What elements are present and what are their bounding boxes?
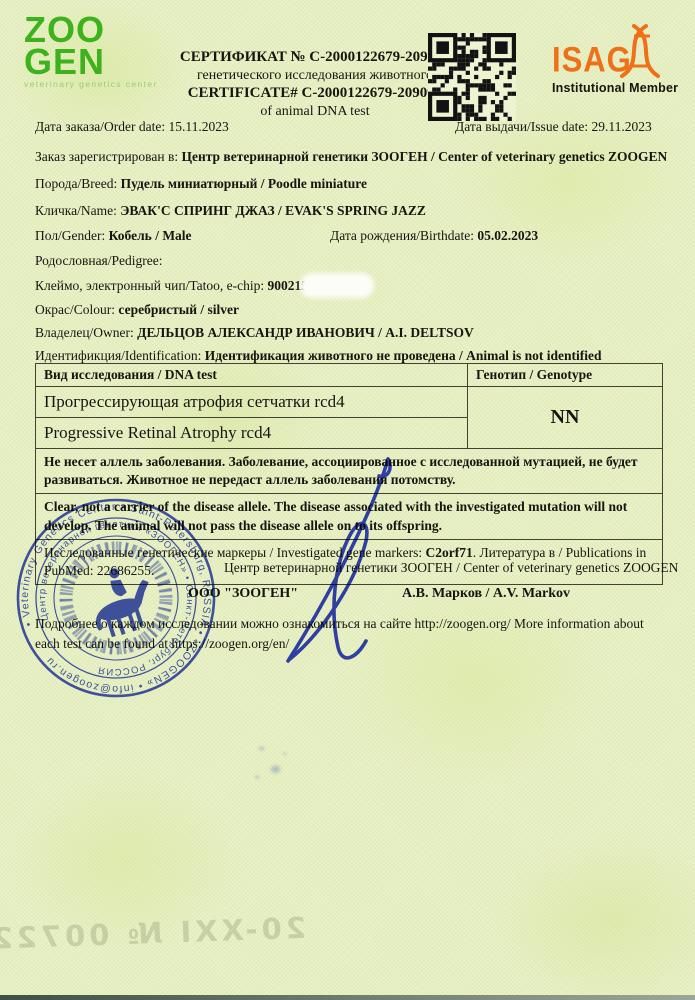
birthdate-label: Дата рождения/Birthdate: <box>330 228 474 243</box>
company-stamp: • Veterinary Genetics Center • Saint-Pet… <box>10 492 222 704</box>
dna-helix-icon <box>614 22 684 85</box>
field-gender: Пол/Gender: Кобель / Male <box>35 228 192 244</box>
zoogen-logo-line2: GEN <box>24 46 158 78</box>
registered-label: Заказ зарегистрирован в: <box>35 149 178 164</box>
owner-value: ДЕЛЬЦОВ АЛЕКСАНДР ИВАНОВИЧ / A.I. DELTSO… <box>137 325 474 340</box>
field-name: Кличка/Name: ЭВАК'С СПРИНГ ДЖАЗ / EVAK'S… <box>35 203 426 219</box>
name-value: ЭВАК'С СПРИНГ ДЖАЗ / EVAK'S SPRING JAZZ <box>120 203 426 218</box>
test-name-ru: Прогрессирующая атрофия сетчатки rcd4 <box>36 387 468 418</box>
order-date-value: 15.11.2023 <box>169 119 229 134</box>
table-header-test: Вид исследования / DNA test <box>36 364 468 387</box>
identification-value: Идентификация животного не проведена / A… <box>205 348 602 363</box>
gender-label: Пол/Gender: <box>35 228 105 243</box>
field-birthdate: Дата рождения/Birthdate: 05.02.2023 <box>330 228 538 244</box>
signature <box>250 445 450 675</box>
certificate-number-en: CERTIFICATE# C-2000122679-209093 <box>160 84 470 103</box>
issue-date-label: Дата выдачи/Issue date: <box>455 119 588 134</box>
field-breed: Порода/Breed: Пудель миниатюрный / Poodl… <box>35 176 367 192</box>
certificate-subtitle-ru: генетического исследования животного <box>160 67 470 85</box>
breed-value: Пудель миниатюрный / Poodle miniature <box>121 176 367 191</box>
certificate-number-ru: СЕРТИФИКАТ № С-2000122679-209093 <box>160 48 470 67</box>
registered-value: Центр ветеринарной генетики ЗООГЕН / Cen… <box>181 149 667 164</box>
gender-value: Кобель / Male <box>109 228 192 243</box>
isag-logo: ISAG Institutional Member <box>552 22 687 95</box>
colour-label: Окрас/Colour: <box>35 302 115 317</box>
pedigree-label: Родословная/Pedigree: <box>35 253 163 268</box>
breed-label: Порода/Breed: <box>35 176 117 191</box>
zoogen-logo: ZOO GEN veterinary genetics center <box>24 14 158 89</box>
field-owner: Владелец/Owner: ДЕЛЬЦОВ АЛЕКСАНДР ИВАНОВ… <box>35 325 474 341</box>
colour-value: серебристый / silver <box>118 302 239 317</box>
chip-label: Клеймо, электронный чип/Tatoo, e-chip: <box>35 278 264 293</box>
bleedthrough-form-number: 20-XXI № 007221 <box>5 911 306 955</box>
field-pedigree: Родословная/Pedigree: <box>35 253 163 269</box>
test-name-en: Progressive Retinal Atrophy rcd4 <box>36 418 468 449</box>
certificate-title: СЕРТИФИКАТ № С-2000122679-209093 генетич… <box>160 48 470 121</box>
ink-smudge <box>248 738 294 790</box>
field-order-date: Дата заказа/Order date: 15.11.2023 <box>35 119 229 135</box>
identification-label: Идентификция/Identification: <box>35 348 201 363</box>
chip-value: 900215 <box>268 278 309 293</box>
field-colour: Окрас/Colour: серебристый / silver <box>35 302 239 318</box>
genotype-value: NN <box>468 387 663 449</box>
certificate-subtitle-en: of animal DNA test <box>160 103 470 121</box>
table-row-test-ru: Прогрессирующая атрофия сетчатки rcd4 NN <box>36 387 663 418</box>
table-header-row: Вид исследования / DNA test Генотип / Ge… <box>36 364 663 387</box>
owner-label: Владелец/Owner: <box>35 325 134 340</box>
field-identification: Идентификция/Identification: Идентификац… <box>35 348 602 364</box>
name-label: Кличка/Name: <box>35 203 117 218</box>
chip-redaction-blur <box>304 277 370 294</box>
order-date-label: Дата заказа/Order date: <box>35 119 165 134</box>
scan-edge <box>0 995 695 1000</box>
table-header-genotype: Генотип / Genotype <box>468 364 663 387</box>
qr-code <box>428 33 516 121</box>
issue-date-value: 29.11.2023 <box>592 119 652 134</box>
field-registered: Заказ зарегистрирован в: Центр ветеринар… <box>35 149 667 165</box>
zoogen-logo-tagline: veterinary genetics center <box>24 81 158 88</box>
field-issue-date: Дата выдачи/Issue date: 29.11.2023 <box>455 119 652 135</box>
certificate-page: ZOO GEN veterinary genetics center СЕРТИ… <box>0 0 695 1000</box>
birthdate-value: 05.02.2023 <box>477 228 538 243</box>
field-chip: Клеймо, электронный чип/Tatoo, e-chip: 9… <box>35 277 370 294</box>
